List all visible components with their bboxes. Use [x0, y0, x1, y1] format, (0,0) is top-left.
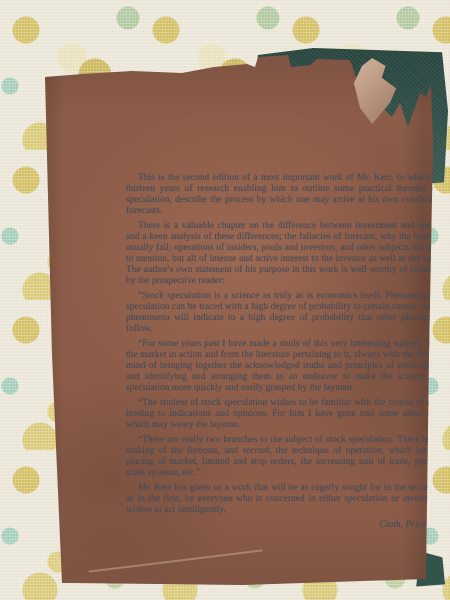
jacket-paragraph-5: “The student of stock speculation wishes… — [126, 398, 450, 431]
price-note: Cloth, Price $2.50 — [126, 520, 450, 531]
dust-jacket-back-cover: This is the second edition of a most imp… — [42, 55, 434, 587]
jacket-paragraph-6: “There are really two branches to the su… — [126, 435, 450, 479]
jacket-paragraph-7: Mr. Kerr has given us a work that will b… — [126, 483, 450, 516]
book-photo: This is the second edition of a most imp… — [0, 0, 450, 600]
jacket-paragraph-4: “For some years past I have made a study… — [126, 339, 450, 394]
jacket-paragraph-1: This is the second edition of a most imp… — [126, 173, 450, 217]
jacket-paragraph-2: There is a valuable chapter on the diffe… — [126, 221, 450, 287]
jacket-blurb-text-block: This is the second edition of a most imp… — [126, 173, 450, 531]
jacket-paragraph-3: “Stock speculation is a science as truly… — [126, 291, 450, 335]
